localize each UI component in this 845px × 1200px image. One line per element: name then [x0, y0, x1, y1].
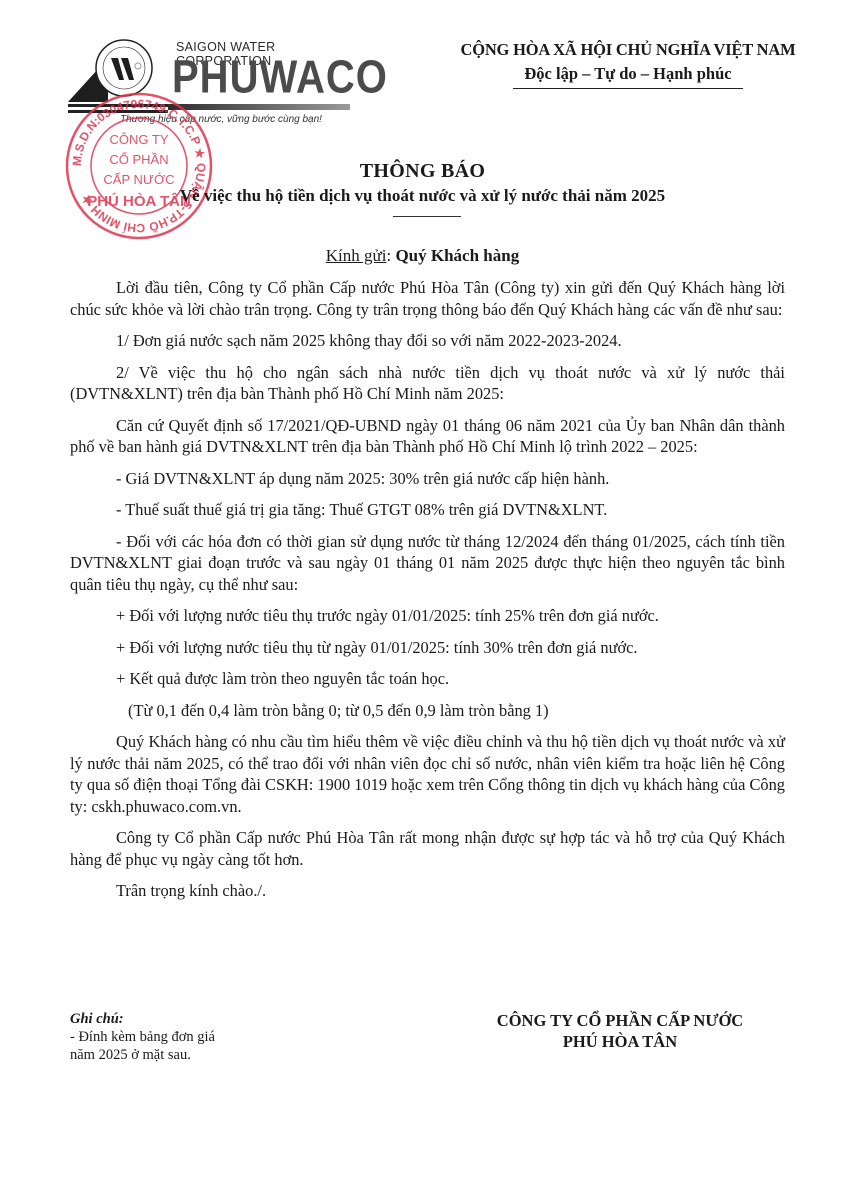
- paragraph-item-1: 1/ Đơn giá nước sạch năm 2025 không thay…: [70, 330, 785, 352]
- national-motto: Độc lập – Tự do – Hạnh phúc: [524, 64, 731, 84]
- phuwaco-seal-icon: [94, 38, 154, 98]
- paragraph-legal-basis: Căn cứ Quyết định số 17/2021/QĐ-UBND ngà…: [70, 415, 785, 458]
- paragraph-contact: Quý Khách hàng có nhu cầu tìm hiểu thêm …: [70, 731, 785, 817]
- paragraph-closing: Trân trọng kính chào./.: [70, 880, 785, 902]
- paragraph-thanks: Công ty Cổ phần Cấp nước Phú Hòa Tân rất…: [70, 827, 785, 870]
- bullet-rate: - Giá DVTN&XLNT áp dụng năm 2025: 30% tr…: [70, 468, 785, 490]
- note-line: năm 2025 ở mặt sau.: [70, 1046, 215, 1064]
- salutation: Kính gửi: Quý Khách hàng: [0, 246, 845, 266]
- document-title: THÔNG BÁO: [0, 160, 845, 183]
- paragraph-item-2: 2/ Về việc thu hộ cho ngân sách nhà nước…: [70, 362, 785, 405]
- national-header: CỘNG HÒA XÃ HỘI CHỦ NGHĨA VIỆT NAM Độc l…: [452, 40, 804, 89]
- document-subtitle: Về việc thu hộ tiền dịch vụ thoát nước v…: [0, 186, 845, 206]
- title-divider: [393, 216, 461, 217]
- salutation-recipient: Quý Khách hàng: [395, 246, 519, 265]
- sub-bullet-before: + Đối với lượng nước tiêu thụ trước ngày…: [70, 605, 785, 627]
- sub-bullet-after: + Đối với lượng nước tiêu thụ từ ngày 01…: [70, 637, 785, 659]
- sub-bullet-rounding: + Kết quả được làm tròn theo nguyên tắc …: [70, 668, 785, 690]
- signature-company: CÔNG TY CỔ PHẦN CẤP NƯỚC: [440, 1010, 800, 1031]
- signature-company-name: PHÚ HÒA TÂN: [440, 1031, 800, 1052]
- motto-underline: [513, 88, 743, 89]
- signature-block: CÔNG TY CỔ PHẦN CẤP NƯỚC PHÚ HÒA TÂN: [440, 1010, 800, 1052]
- national-title: CỘNG HÒA XÃ HỘI CHỦ NGHĨA VIỆT NAM: [452, 40, 804, 60]
- paragraph-intro: Lời đầu tiên, Công ty Cổ phần Cấp nước P…: [70, 277, 785, 320]
- document-body: Lời đầu tiên, Công ty Cổ phần Cấp nước P…: [70, 277, 785, 912]
- note-line: - Đính kèm bảng đơn giá: [70, 1028, 215, 1046]
- bullet-transition: - Đối với các hóa đơn có thời gian sử dụ…: [70, 531, 785, 596]
- rounding-rule: (Từ 0,1 đến 0,4 làm tròn bằng 0; từ 0,5 …: [70, 700, 785, 722]
- bullet-vat: - Thuế suất thuế giá trị gia tăng: Thuế …: [70, 499, 785, 521]
- note-block: Ghi chú: - Đính kèm bảng đơn giá năm 202…: [70, 1010, 215, 1064]
- salutation-label: Kính gửi: [326, 246, 387, 265]
- svg-text:CÔNG TY: CÔNG TY: [110, 132, 169, 147]
- note-heading: Ghi chú:: [70, 1010, 215, 1028]
